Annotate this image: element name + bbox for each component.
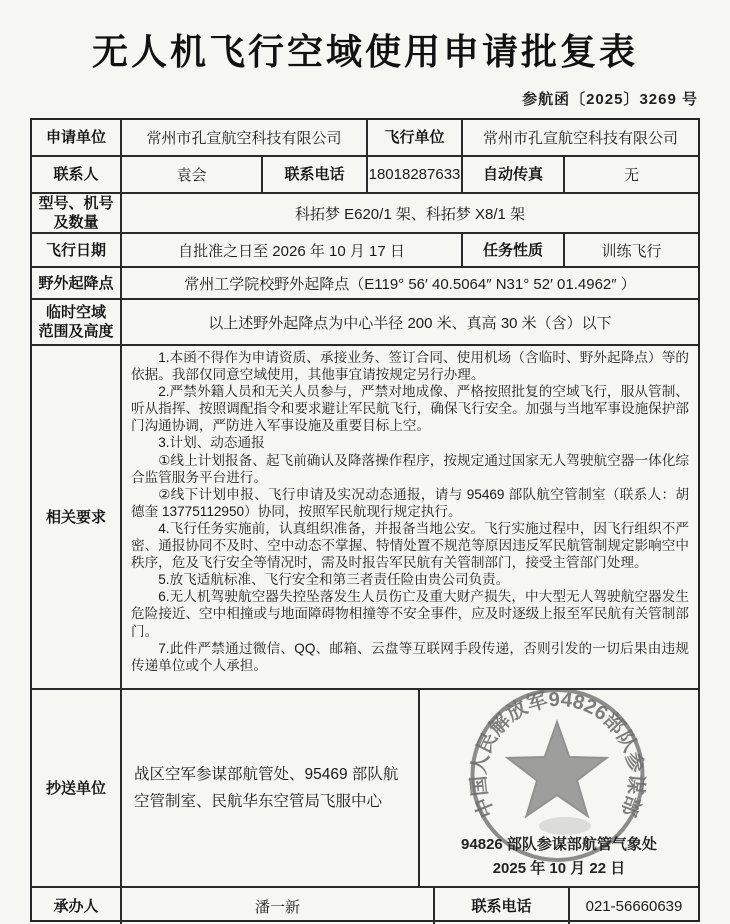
seal-issuer-line: 94826 部队参谋部航管气象处 [420,833,698,854]
value-flight-unit: 常州市孔宣航空科技有限公司 [463,120,698,155]
requirement-paragraph: 2.严禁外籍人员和无关人员参与，严禁对地成像、严格按照批复的空域飞行，服从管制、… [131,383,689,434]
value-airspace-range: 以上述野外起降点为中心半径 200 米、真高 30 米（含）以下 [122,300,698,344]
label-model-quantity: 型号、机号 及数量 [32,194,122,232]
table-row-applicant: 申请单位 常州市孔宣航空科技有限公司 飞行单位 常州市孔宣航空科技有限公司 [32,120,698,157]
label-contact-person: 联系人 [32,157,122,192]
requirement-paragraph: 3.计划、动态通报 [131,434,689,451]
table-row-flight-date: 飞行日期 自批准之日至 2026 年 10 月 17 日 任务性质 训练飞行 [32,234,698,268]
table-row-handler: 承办人 潘一新 联系电话 021-56660639 [32,888,698,924]
label-handler-phone: 联系电话 [435,888,570,924]
label-applicant-unit: 申请单位 [32,120,122,155]
table-row-requirements: 相关要求 1.本函不得作为申请资质、承接业务、签订合同、使用机场（含临时、野外起… [32,346,698,690]
value-model-quantity: 科拓梦 E620/1 架、科拓梦 X8/1 架 [122,194,698,232]
table-row-cc-units: 抄送单位 战区空军参谋部航管处、95469 部队航空管制室、民航华东空管局飞服中… [32,690,698,888]
value-mission-type: 训练飞行 [565,234,698,266]
label-flight-unit: 飞行单位 [368,120,463,155]
value-contact-person: 袁会 [122,157,263,192]
label-auto-fax: 自动传真 [463,157,565,192]
value-cc-units: 战区空军参谋部航管处、95469 部队航空管制室、民航华东空管局飞服中心 [122,690,420,886]
table-row-model: 型号、机号 及数量 科拓梦 E620/1 架、科拓梦 X8/1 架 [32,194,698,234]
value-flight-date: 自批准之日至 2026 年 10 月 17 日 [122,234,463,266]
value-auto-fax: 无 [565,157,698,192]
requirement-paragraph: 1.本函不得作为申请资质、承接业务、签订合同、使用机场（含临时、野外起降点）等的… [131,349,689,383]
stamp-area: 中国人民解放军94826部队参谋部 94826 部队参谋部航管气象处 2025 … [420,690,698,886]
label-contact-phone: 联系电话 [263,157,368,192]
requirement-paragraph: 6.无人机驾驶航空器失控坠落发生人员伤亡及重大财产损失，中大型无人驾驶航空器发生… [131,588,689,639]
value-handler: 潘一新 [122,888,435,924]
requirement-paragraph: ①线上计划报备、起飞前确认及降落操作程序，按规定通过国家无人驾驶航空器一体化综合… [131,452,689,486]
requirement-paragraph: 5.放飞适航标准、飞行安全和第三者责任险由贵公司负责。 [131,571,689,588]
label-handler: 承办人 [32,888,122,924]
table-row-airspace: 临时空域 范围及高度 以上述野外起降点为中心半径 200 米、真高 30 米（含… [32,300,698,346]
label-takeoff-point: 野外起降点 [32,268,122,298]
approval-table: 申请单位 常州市孔宣航空科技有限公司 飞行单位 常州市孔宣航空科技有限公司 联系… [30,118,700,922]
seal-date-line: 2025 年 10 月 22 日 [420,857,698,878]
table-row-takeoff-point: 野外起降点 常州工学院校野外起降点（E119° 56′ 40.5064″ N31… [32,268,698,300]
seal-star-icon [508,722,607,816]
value-takeoff-point: 常州工学院校野外起降点（E119° 56′ 40.5064″ N31° 52′ … [122,268,698,298]
label-mission-type: 任务性质 [463,234,565,266]
table-row-contact: 联系人 袁会 联系电话 18018287633 自动传真 无 [32,157,698,194]
label-flight-date: 飞行日期 [32,234,122,266]
reference-number: 参航函〔2025〕3269 号 [522,88,698,109]
value-handler-phone: 021-56660639 [570,888,698,924]
label-cc-units: 抄送单位 [32,690,122,886]
label-airspace-range: 临时空域 范围及高度 [32,300,122,344]
value-contact-phone: 18018287633 [368,157,463,192]
requirement-paragraph: ②线下计划申报、飞行申请及实况动态通报，请与 95469 部队航空管制室（联系人… [131,486,689,520]
label-requirements: 相关要求 [32,346,122,688]
value-applicant-unit: 常州市孔宣航空科技有限公司 [122,120,368,155]
page-title: 无人机飞行空域使用申请批复表 [0,24,730,75]
requirement-paragraph: 7.此件严禁通过微信、QQ、邮箱、云盘等互联网手段传递，否则引发的一切后果由违规… [131,640,689,674]
requirement-paragraph: 4.飞行任务实施前，认真组织准备，并报备当地公安。飞行实施过程中，因飞行组织不严… [131,520,689,571]
requirements-text: 1.本函不得作为申请资质、承接业务、签订合同、使用机场（含临时、野外起降点）等的… [122,346,698,688]
scanned-document-page: 无人机飞行空域使用申请批复表 参航函〔2025〕3269 号 申请单位 常州市孔… [0,0,730,924]
